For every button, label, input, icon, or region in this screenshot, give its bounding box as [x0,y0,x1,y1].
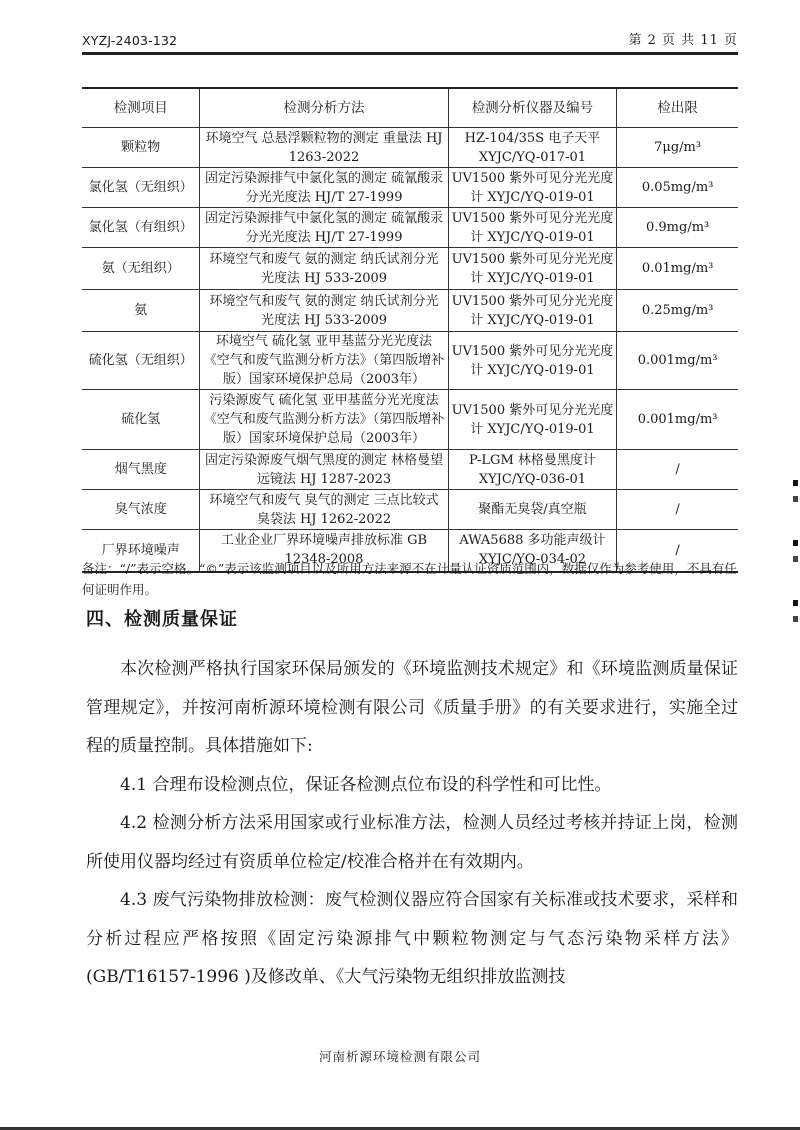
cell-method: 固定污染源废气烟气黑度的测定 林格曼望远镜法 HJ 1287-2023 [200,450,448,490]
cell-item: 硫化氢（无组织） [82,332,200,390]
table-note: 备注：“/”表示空格。“©”表示该监测项目以及所用方法来源不在计量认证资质范围内… [82,558,742,600]
cell-limit: 0.01mg/m³ [617,248,738,290]
cell-limit: / [617,490,738,530]
cell-limit: 0.9mg/m³ [617,208,738,248]
cell-item: 氯化氢（无组织） [82,168,200,208]
cell-method: 固定污染源排气中氯化氢的测定 硫氰酸汞分光光度法 HJ/T 27-1999 [200,168,448,208]
cell-instrument: UV1500 紫外可见分光光度计 XYJC/YQ-019-01 [448,208,617,248]
cell-method: 固定污染源排气中氯化氢的测定 硫氰酸汞分光光度法 HJ/T 27-1999 [200,208,448,248]
cell-item: 烟气黑度 [82,450,200,490]
cell-instrument: P-LGM 林格曼黑度计 XYJC/YQ-036-01 [448,450,617,490]
column-header-item: 检测项目 [82,88,200,128]
paragraph-intro: 本次检测严格执行国家环保局颁发的《环境监测技术规定》和《环境监测质量保证管理规定… [86,650,738,766]
table-row: 氨（无组织） 环境空气和废气 氨的测定 纳氏试剂分光光度法 HJ 533-200… [82,248,738,290]
table-row: 硫化氢（无组织） 环境空气 硫化氢 亚甲基蓝分光光度法《空气和废气监测分析方法》… [82,332,738,390]
cell-limit: 0.001mg/m³ [617,332,738,390]
cell-method: 环境空气和废气 氨的测定 纳氏试剂分光光度法 HJ 533-2009 [200,290,448,332]
table-row: 硫化氢 污染源废气 硫化氢 亚甲基蓝分光光度法《空气和废气监测分析方法》（第四版… [82,390,738,450]
cell-instrument: UV1500 紫外可见分光光度计 XYJC/YQ-019-01 [448,290,617,332]
page-indicator: 第 2 页 共 11 页 [629,29,738,48]
cell-method: 污染源废气 硫化氢 亚甲基蓝分光光度法《空气和废气监测分析方法》（第四版增补版）… [200,390,448,450]
table-row: 氯化氢（有组织） 固定污染源排气中氯化氢的测定 硫氰酸汞分光光度法 HJ/T 2… [82,208,738,248]
cell-item: 氨（无组织） [82,248,200,290]
cell-item: 颗粒物 [82,128,200,168]
table-row: 臭气浓度 环境空气和废气 臭气的测定 三点比较式臭袋法 HJ 1262-2022… [82,490,738,530]
cell-limit: 0.001mg/m³ [617,390,738,450]
cell-instrument: UV1500 紫外可见分光光度计 XYJC/YQ-019-01 [448,390,617,450]
report-code: XYZJ-2403-132 [82,33,177,48]
cell-instrument: UV1500 紫外可见分光光度计 XYJC/YQ-019-01 [448,168,617,208]
column-header-limit: 检出限 [617,88,738,128]
cell-method: 环境空气和废气 臭气的测定 三点比较式臭袋法 HJ 1262-2022 [200,490,448,530]
cell-item: 臭气浓度 [82,490,200,530]
cell-limit: 0.05mg/m³ [617,168,738,208]
column-header-instrument: 检测分析仪器及编号 [448,88,617,128]
table-row: 氯化氢（无组织） 固定污染源排气中氯化氢的测定 硫氰酸汞分光光度法 HJ/T 2… [82,168,738,208]
cell-item: 氨 [82,290,200,332]
table-row: 颗粒物 环境空气 总悬浮颗粒物的测定 重量法 HJ 1263-2022 HZ-1… [82,128,738,168]
cell-method: 环境空气 总悬浮颗粒物的测定 重量法 HJ 1263-2022 [200,128,448,168]
methods-table: 检测项目 检测分析方法 检测分析仪器及编号 检出限 颗粒物 环境空气 总悬浮颗粒… [82,87,738,573]
cell-instrument: UV1500 紫外可见分光光度计 XYJC/YQ-019-01 [448,248,617,290]
cell-item: 氯化氢（有组织） [82,208,200,248]
header-divider [82,52,738,55]
cell-limit: / [617,450,738,490]
cell-method: 环境空气和废气 氨的测定 纳氏试剂分光光度法 HJ 533-2009 [200,248,448,290]
cell-limit: 0.25mg/m³ [617,290,738,332]
page-footer-company: 河南析源环境检测有限公司 [0,1047,800,1065]
table-row: 氨 环境空气和废气 氨的测定 纳氏试剂分光光度法 HJ 533-2009 UV1… [82,290,738,332]
table-row: 烟气黑度 固定污染源废气烟气黑度的测定 林格曼望远镜法 HJ 1287-2023… [82,450,738,490]
section-body: 本次检测严格执行国家环保局颁发的《环境监测技术规定》和《环境监测质量保证管理规定… [86,650,738,997]
section-title: 四、检测质量保证 [86,605,238,631]
cell-method: 环境空气 硫化氢 亚甲基蓝分光光度法《空气和废气监测分析方法》（第四版增补版）国… [200,332,448,390]
cell-limit: 7μg/m³ [617,128,738,168]
table-header-row: 检测项目 检测分析方法 检测分析仪器及编号 检出限 [82,88,738,128]
cell-instrument: UV1500 紫外可见分光光度计 XYJC/YQ-019-01 [448,332,617,390]
paragraph-4-3: 4.3 废气污染物排放检测：废气检测仪器应符合国家有关标准或技术要求，采样和分析… [86,881,738,997]
page-header: XYZJ-2403-132 第 2 页 共 11 页 [82,28,738,48]
paragraph-4-1: 4.1 合理布设检测点位，保证各检测点位布设的科学性和可比性。 [86,766,738,805]
seal-edge-mark [793,480,798,640]
column-header-method: 检测分析方法 [200,88,448,128]
cell-item: 硫化氢 [82,390,200,450]
paragraph-4-2: 4.2 检测分析方法采用国家或行业标准方法，检测人员经过考核并持证上岗，检测所使… [86,804,738,881]
cell-instrument: 聚酯无臭袋/真空瓶 [448,490,617,530]
cell-instrument: HZ-104/35S 电子天平 XYJC/YQ-017-01 [448,128,617,168]
